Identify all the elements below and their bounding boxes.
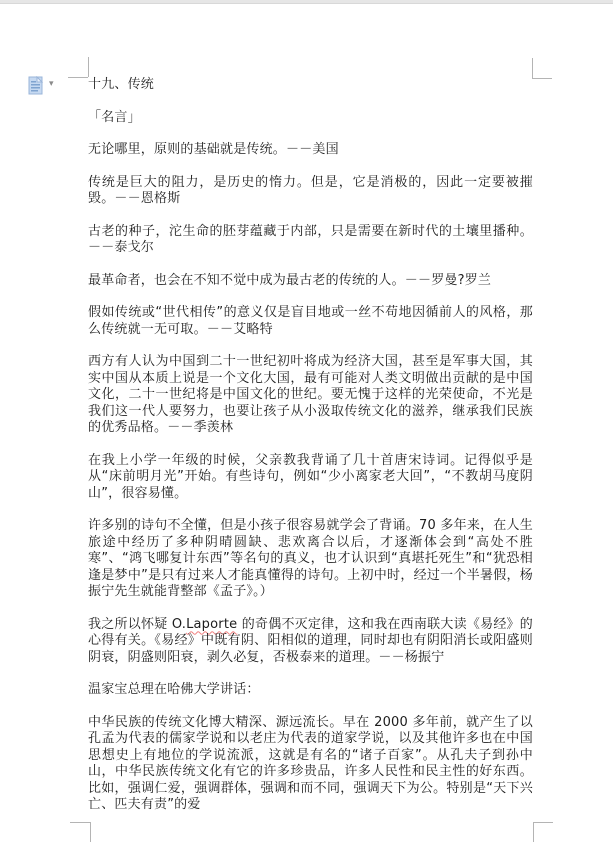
text-boundary-mark-top-right-v	[532, 58, 533, 78]
text-boundary-mark-top-left-v	[88, 57, 89, 77]
paragraph: 无论哪里，原则的基础就是传统。－－美国	[88, 142, 533, 159]
paragraph: 西方有人认为中国到二十一世纪初叶将成为经济大国，甚至是军事大国，其实中国从本质上…	[88, 354, 533, 437]
paragraph: 古老的种子，沱生命的胚芽蕴藏于内部，只是需要在新时代的土壤里播种。－－泰戈尔	[88, 224, 533, 257]
paragraph: 中华民族的传统文化博大精深、源远流长。早在 2000 多年前，就产生了以孔孟为代…	[88, 715, 533, 814]
text-boundary-mark-top-left-h	[68, 77, 88, 78]
paragraph: 温家宝总理在哈佛大学讲话：	[88, 682, 533, 699]
text-run: 无论哪里，原则的基础就是传统。－－美国	[88, 142, 339, 157]
text-run: 中华民族的传统文化博大精深、源远流长。早在 2000 多年前，就产生了以孔孟为代…	[88, 715, 533, 813]
paragraph-container: 「名言」无论哪里，原则的基础就是传统。－－美国传统是巨大的阻力，是历史的惰力。但…	[88, 110, 533, 814]
paragraph: 传统是巨大的阻力，是历史的惰力。但是，它是消极的，因此一定要被摧毁。－－恩格斯	[88, 175, 533, 208]
text-run: 许多别的诗句不全懂，但是小孩子很容易就学会了背诵。70 多年来，在人生旅途中经历…	[88, 518, 533, 599]
text-boundary-mark-bottom-left-h	[70, 822, 90, 823]
text-boundary-mark-bottom-right-v	[533, 822, 534, 842]
paragraph: 假如传统或“世代相传”的意义仅是盲目地或一丝不苟地因循前人的风格，那么传统就一无…	[88, 305, 533, 338]
paragraph: 我之所以怀疑 O.Laporte 的奇偶不灭定律，这和我在西南联大读《易经》的心…	[88, 617, 533, 667]
misspelled-word: Laporte	[186, 617, 237, 632]
text-run: 温家宝总理在哈佛大学讲话：	[88, 682, 260, 697]
text-run: 我之所以怀疑 O.	[88, 617, 186, 632]
document-body[interactable]: 十九、传统 「名言」无论哪里，原则的基础就是传统。－－美国传统是巨大的阻力，是历…	[88, 77, 533, 814]
paragraph: 最革命者，也会在不知不觉中成为最古老的传统的人。－－罗曼?罗兰	[88, 273, 533, 290]
text-boundary-mark-bottom-right-h	[533, 822, 553, 823]
paragraph: 在我上小学一年级的时候，父亲教我背诵了几十首唐宋诗词。记得似乎是从“床前明月光”…	[88, 453, 533, 503]
text-run: 古老的种子，沱生命的胚芽蕴藏于内部，只是需要在新时代的土壤里播种。－－泰戈尔	[88, 224, 533, 256]
text-run: 在我上小学一年级的时候，父亲教我背诵了几十首唐宋诗词。记得似乎是从“床前明月光”…	[88, 453, 533, 501]
text-boundary-mark-top-right-h	[532, 78, 552, 79]
text-run: 最革命者，也会在不知不觉中成为最古老的传统的人。－－罗曼?罗兰	[88, 273, 491, 288]
document-title: 十九、传统	[88, 77, 533, 94]
app-chrome-edge	[0, 0, 613, 4]
document-page-icon	[28, 76, 45, 96]
document-page: ▾ 十九、传统 「名言」无论哪里，原则的基础就是传统。－－美国传统是巨大的阻力，…	[0, 0, 613, 852]
text-run: 西方有人认为中国到二十一世纪初叶将成为经济大国，甚至是军事大国，其实中国从本质上…	[88, 354, 533, 435]
paste-options-button[interactable]: ▾	[28, 74, 66, 98]
dropdown-caret-icon: ▾	[49, 80, 54, 89]
text-run: 传统是巨大的阻力，是历史的惰力。但是，它是消极的，因此一定要被摧毁。－－恩格斯	[88, 175, 533, 207]
paragraph: 「名言」	[88, 110, 533, 127]
paragraph: 许多别的诗句不全懂，但是小孩子很容易就学会了背诵。70 多年来，在人生旅途中经历…	[88, 518, 533, 601]
text-boundary-mark-bottom-left-v	[90, 822, 91, 842]
text-run: 「名言」	[88, 110, 141, 125]
text-run: 假如传统或“世代相传”的意义仅是盲目地或一丝不苟地因循前人的风格，那么传统就一无…	[88, 305, 533, 337]
